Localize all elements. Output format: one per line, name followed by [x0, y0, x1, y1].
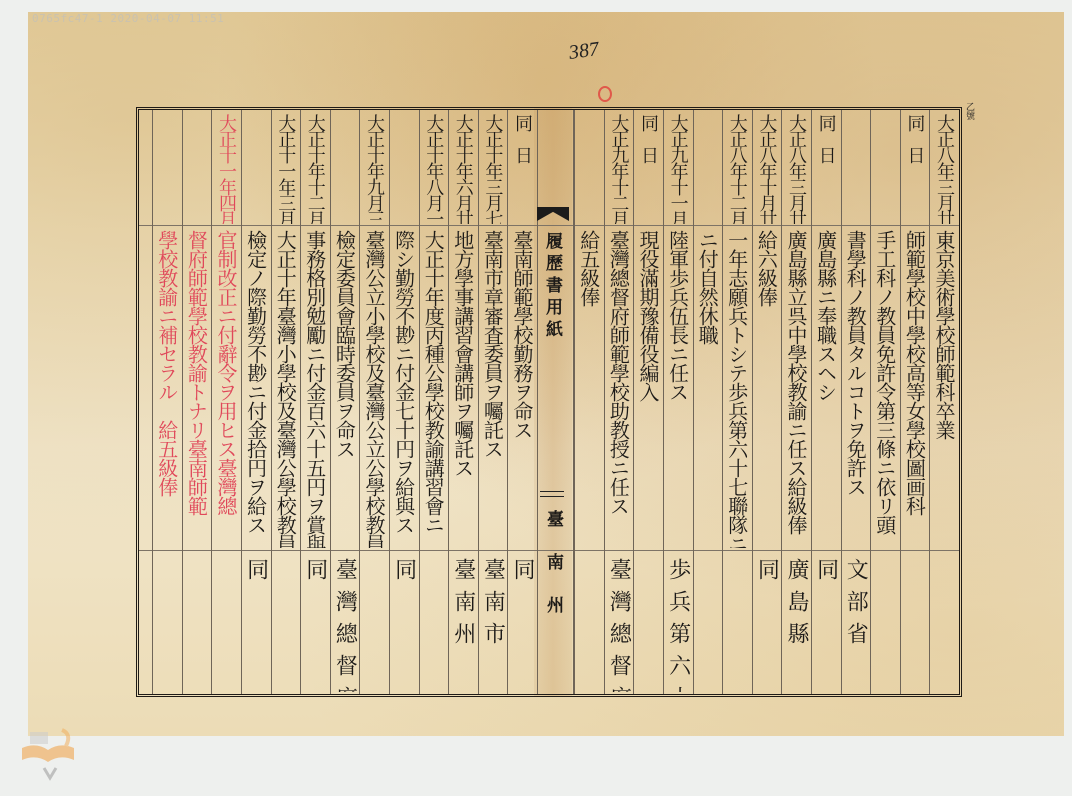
center-rule: [540, 491, 564, 497]
entry-authority: 文部省: [842, 558, 870, 692]
center-column-rule: [573, 110, 574, 694]
red-circle-mark: [598, 86, 612, 102]
entry-authority: [212, 558, 240, 692]
entry-event: 廣島縣立呉中學校教諭ニ任ス給級俸: [782, 230, 810, 548]
entry-date: 大正八年十月廿一日: [753, 114, 781, 224]
center-column-rule: [537, 110, 538, 694]
entry-authority: [183, 558, 211, 692]
entry-date: 大正八年三月廿四日: [930, 114, 958, 224]
entry-authority: 同: [242, 558, 270, 692]
entry-date: 同 日: [812, 114, 840, 224]
entry-event: 官制改正ニ付辭令ヲ用ヒス臺灣總: [212, 230, 240, 548]
entry-authority: 臺灣總督府: [605, 558, 633, 692]
entry-authority: 同: [301, 558, 329, 692]
entry-event: 東京美術學校師範科卒業: [930, 230, 958, 548]
entry-date: 同 日: [508, 114, 536, 224]
entry-event: 手工科ノ教員免許令第三條ニ依リ頭: [871, 230, 899, 548]
entry-authority: 同: [812, 558, 840, 692]
entry-event: 師範學校中學校高等女學校圖画科: [901, 230, 929, 548]
entry-event: 臺南師範學校勤務ヲ命ス: [508, 230, 536, 548]
entry-authority: [360, 558, 388, 692]
entry-event: 地方學事講習會講師ヲ囑託ス: [449, 230, 477, 548]
entry-event: 學校教諭ニ補セラル 給五級俸: [153, 230, 181, 548]
entry-date: [842, 114, 870, 224]
sheet-mark: 乙號: [964, 102, 973, 120]
entry-event: 給五級俸: [575, 230, 603, 548]
entry-authority: [694, 558, 722, 692]
entry-date: 大正九年十二月廿日: [605, 114, 633, 224]
entry-event: 檢定ノ際勤勞不尠ニ付金拾円ヲ給ス: [242, 230, 270, 548]
entry-date: 大正十年十二月廿一日: [301, 114, 329, 224]
entry-event: 廣島縣ニ奉職スヘシ: [812, 230, 840, 548]
entry-authority: [272, 558, 300, 692]
entry-date: 大正十年六月廿九日: [449, 114, 477, 224]
entry-date: [242, 114, 270, 224]
form-title: 履歷書用紙: [540, 232, 565, 342]
entry-authority: 同: [508, 558, 536, 692]
entry-event: 大正十年臺灣小學校及臺灣公學校教員: [272, 230, 300, 548]
entry-authority: [901, 558, 929, 692]
entry-event: 一年志願兵トシテ歩兵第六十七聯隊ニ入隊: [723, 230, 751, 548]
entry-event: 臺灣總督府師範學校助教授ニ任ス: [605, 230, 633, 548]
entry-date: [390, 114, 418, 224]
entry-date: 同 日: [901, 114, 929, 224]
entry-authority: 同: [753, 558, 781, 692]
archive-stamp: 0765fc47-1 2020-04-07 11:51: [32, 12, 224, 25]
entry-event: 督府師範學校教諭トナリ臺南師範: [183, 230, 211, 548]
entry-event: 際シ勤勞不尠ニ付金七十円ヲ給與ス: [390, 230, 418, 548]
entry-event: 大正十年度丙種公學校教諭講習會ニ: [420, 230, 448, 548]
entry-date: 同 日: [634, 114, 662, 224]
page-number: 387: [568, 38, 601, 65]
entry-event: 給六級俸: [753, 230, 781, 548]
entry-date: [575, 114, 603, 224]
entry-authority: [153, 558, 181, 692]
entry-date: 大正九年十一月廿日: [664, 114, 692, 224]
entry-date: [331, 114, 359, 224]
entry-authority: [634, 558, 662, 692]
entry-authority: 臺南市: [479, 558, 507, 692]
entry-authority: 臺灣總督府: [331, 558, 359, 692]
entry-event: 陸軍歩兵伍長ニ任ス: [664, 230, 692, 548]
entry-event: 現役滿期豫備役編入: [634, 230, 662, 548]
form-prefecture: 臺南州: [541, 510, 566, 639]
entry-authority: [575, 558, 603, 692]
entry-authority: 歩兵第六十七聯隊: [664, 558, 692, 692]
entry-event: 檢定委員會臨時委員ヲ命ス: [331, 230, 359, 548]
entry-date: 大正十一年四月一日: [212, 114, 240, 224]
entry-date: 大正十一年三月廿一日: [272, 114, 300, 224]
entry-date: 大正十年九月三十日: [360, 114, 388, 224]
entry-event: 書學科ノ教員タルコトヲ免許ス: [842, 230, 870, 548]
date-row-divider: [139, 225, 959, 226]
entry-authority: 同: [390, 558, 418, 692]
entry-date: 大正八年三月廿一日: [782, 114, 810, 224]
entry-authority: 廣島縣: [782, 558, 810, 692]
entry-date: [871, 114, 899, 224]
entry-date: 大正十年三月七日: [479, 114, 507, 224]
entry-authority: [420, 558, 448, 692]
entry-authority: [930, 558, 958, 692]
entry-date: [153, 114, 181, 224]
entry-date: [694, 114, 722, 224]
entry-authority: [871, 558, 899, 692]
entry-event: 臺灣公立小學校及臺灣公立公學校教員: [360, 230, 388, 548]
entry-event: 事務格別勉勵ニ付金百六十五円ヲ賞與ス: [301, 230, 329, 548]
entry-date: [183, 114, 211, 224]
entry-event: 臺南市章審査委員ヲ囑託ス: [479, 230, 507, 548]
entry-authority: [723, 558, 751, 692]
entry-date: 大正十年八月一日: [420, 114, 448, 224]
entry-date: 大正八年十二月一日: [723, 114, 751, 224]
library-logo-icon: [14, 718, 84, 784]
entry-event: ニ付自然休職: [694, 230, 722, 548]
entry-authority: 臺南州: [449, 558, 477, 692]
